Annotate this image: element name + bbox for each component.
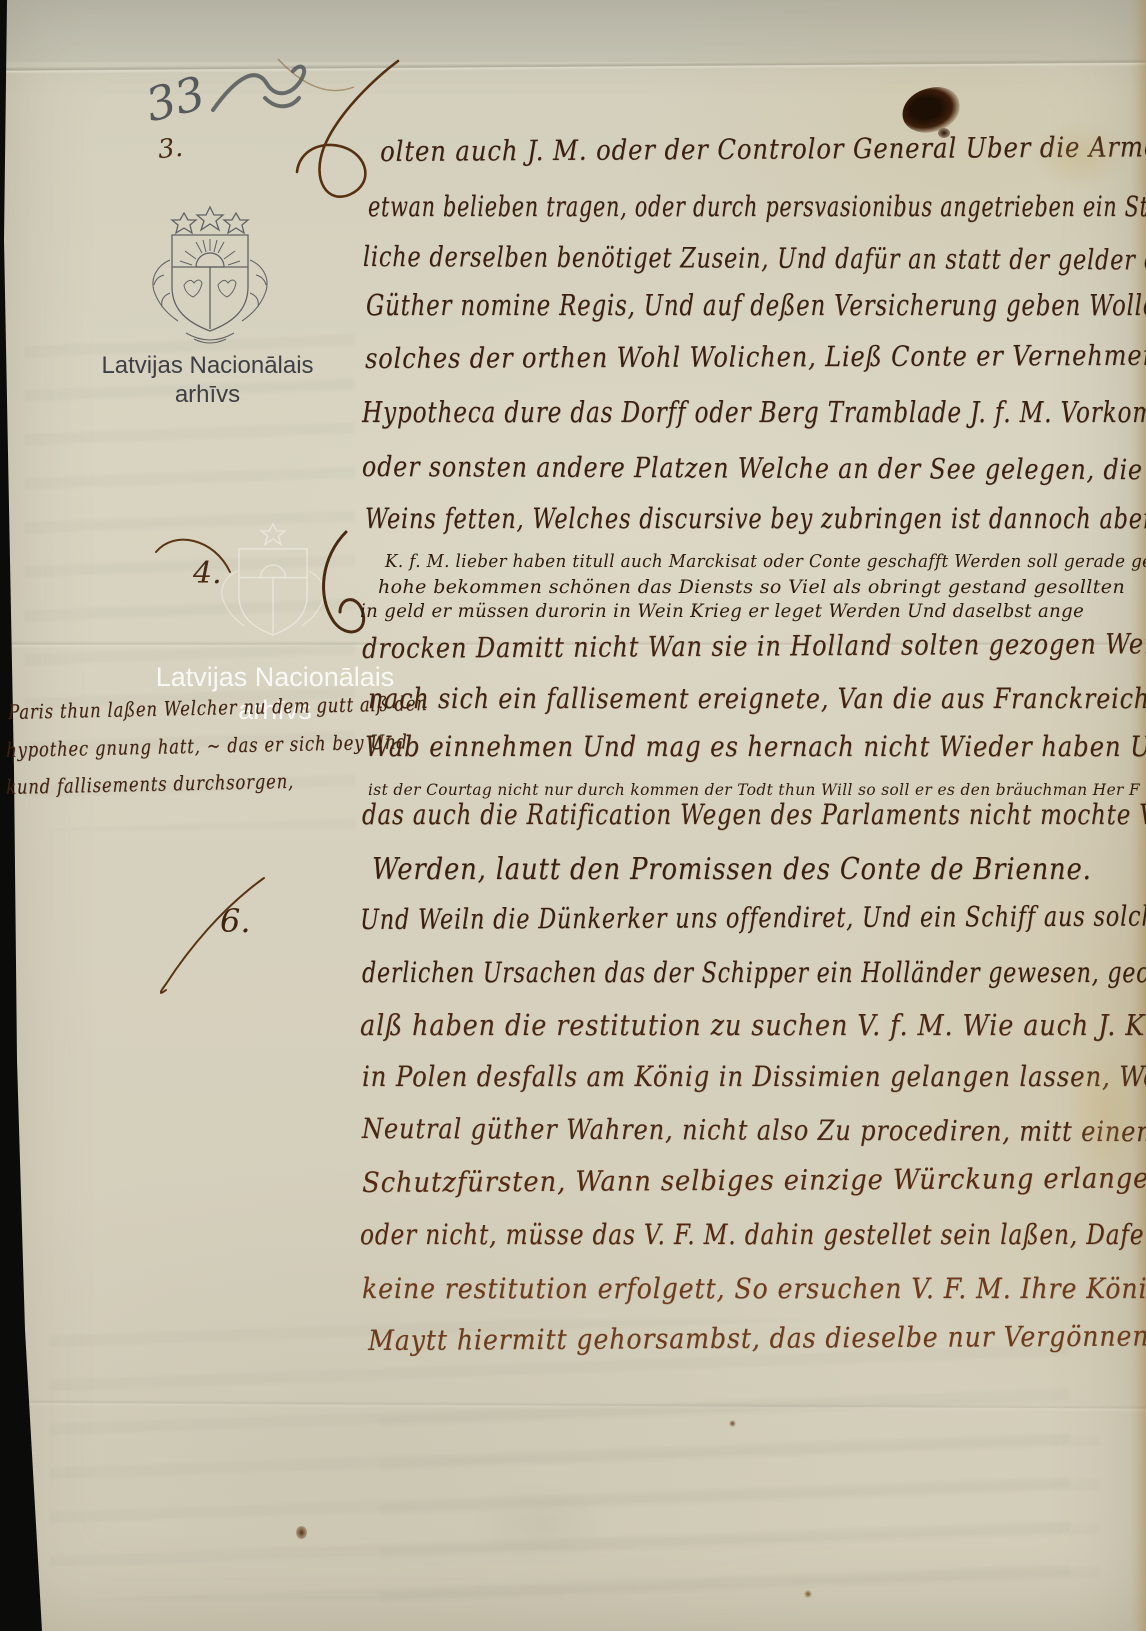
manuscript-line: liche derselben benötiget Zusein, Und da… bbox=[363, 240, 1146, 277]
manuscript-line: keine restitution erfolgett, So ersuchen… bbox=[362, 1272, 1146, 1305]
section-number-4: 4. bbox=[193, 556, 222, 591]
stain bbox=[1066, 1040, 1146, 1190]
manuscript-line: oder nicht, müsse das V. F. M. dahin ges… bbox=[360, 1218, 1146, 1251]
manuscript-page: 33 3. bbox=[0, 0, 1146, 1631]
section-number-3: 3. bbox=[157, 133, 185, 165]
manuscript-line: drocken Damitt nicht Wan sie in Holland … bbox=[362, 626, 1146, 665]
manuscript-line: ist der Courtag nicht nur durch kommen d… bbox=[368, 780, 1140, 799]
latvian-coat-of-arms-logo bbox=[140, 205, 280, 350]
stain bbox=[470, 1480, 610, 1570]
manuscript-line: oder sonsten andere Platzen Welche an de… bbox=[362, 450, 1146, 487]
manuscript-line: Werden, lautt den Promissen des Conte de… bbox=[372, 852, 1092, 887]
archive-name-line2: arhīvs bbox=[85, 381, 330, 409]
manuscript-line: Und Weiln die Dünkerker uns offendiret, … bbox=[360, 899, 1146, 936]
manuscript-line: solches der orthen Wohl Wolichen, Ließ C… bbox=[365, 338, 1146, 375]
ink-blot bbox=[899, 84, 963, 137]
stain bbox=[1030, 120, 1130, 190]
manuscript-line: hohe bekommen schönen das Diensts so Vie… bbox=[378, 576, 1125, 598]
manuscript-line: Maytt hiermitt gehorsambst, das dieselbe… bbox=[368, 1319, 1146, 1357]
folio-number-pencil: 33 bbox=[140, 66, 210, 133]
manuscript-line: etwan belieben tragen, oder durch persva… bbox=[368, 190, 1146, 223]
manuscript-line: Hypotheca dure das Dorff oder Berg Tramb… bbox=[362, 395, 1146, 429]
manuscript-line: derlichen Ursachen das der Schipper ein … bbox=[362, 956, 1146, 989]
initial-letter-flourish bbox=[276, 55, 411, 200]
manuscript-line: nach sich ein fallisement ereignete, Van… bbox=[368, 682, 1146, 715]
manuscript-line: Wab einnehmen Und mag es hernach nicht W… bbox=[365, 730, 1146, 763]
ink-spot bbox=[729, 1420, 736, 1427]
archive-name: Latvijas Nacionālais bbox=[85, 352, 330, 380]
manuscript-line: alß haben die restitution zu suchen V. f… bbox=[360, 1008, 1146, 1042]
manuscript-line: Schutzfürsten, Wann selbiges einzige Wür… bbox=[362, 1161, 1146, 1199]
ink-spot bbox=[296, 1526, 307, 1539]
ink-spot bbox=[938, 128, 950, 138]
manuscript-line: Neutral güther Wahren, nicht also Zu pro… bbox=[362, 1112, 1146, 1149]
manuscript-line: in Polen desfalls am König in Dissimien … bbox=[362, 1060, 1146, 1093]
manuscript-line: K. f. M. lieber haben titull auch Marcki… bbox=[385, 551, 1146, 572]
archive-watermark-text: Latvijas Nacionālais bbox=[150, 662, 400, 693]
manuscript-line: Güther nomine Regis, Und auf deßen Versi… bbox=[366, 288, 1146, 322]
scan-edge-left bbox=[0, 0, 60, 1631]
manuscript-line: in geld er müssen durorin in Wein Krieg … bbox=[360, 600, 1084, 622]
manuscript-line: Weins fetten, Welches discursive bey zub… bbox=[365, 502, 1146, 535]
manuscript-line: das auch die Ratification Wegen des Parl… bbox=[362, 798, 1146, 831]
top-shading bbox=[0, 0, 1146, 62]
ink-spot bbox=[804, 1590, 812, 1598]
section-number-6: 6. bbox=[220, 902, 251, 940]
